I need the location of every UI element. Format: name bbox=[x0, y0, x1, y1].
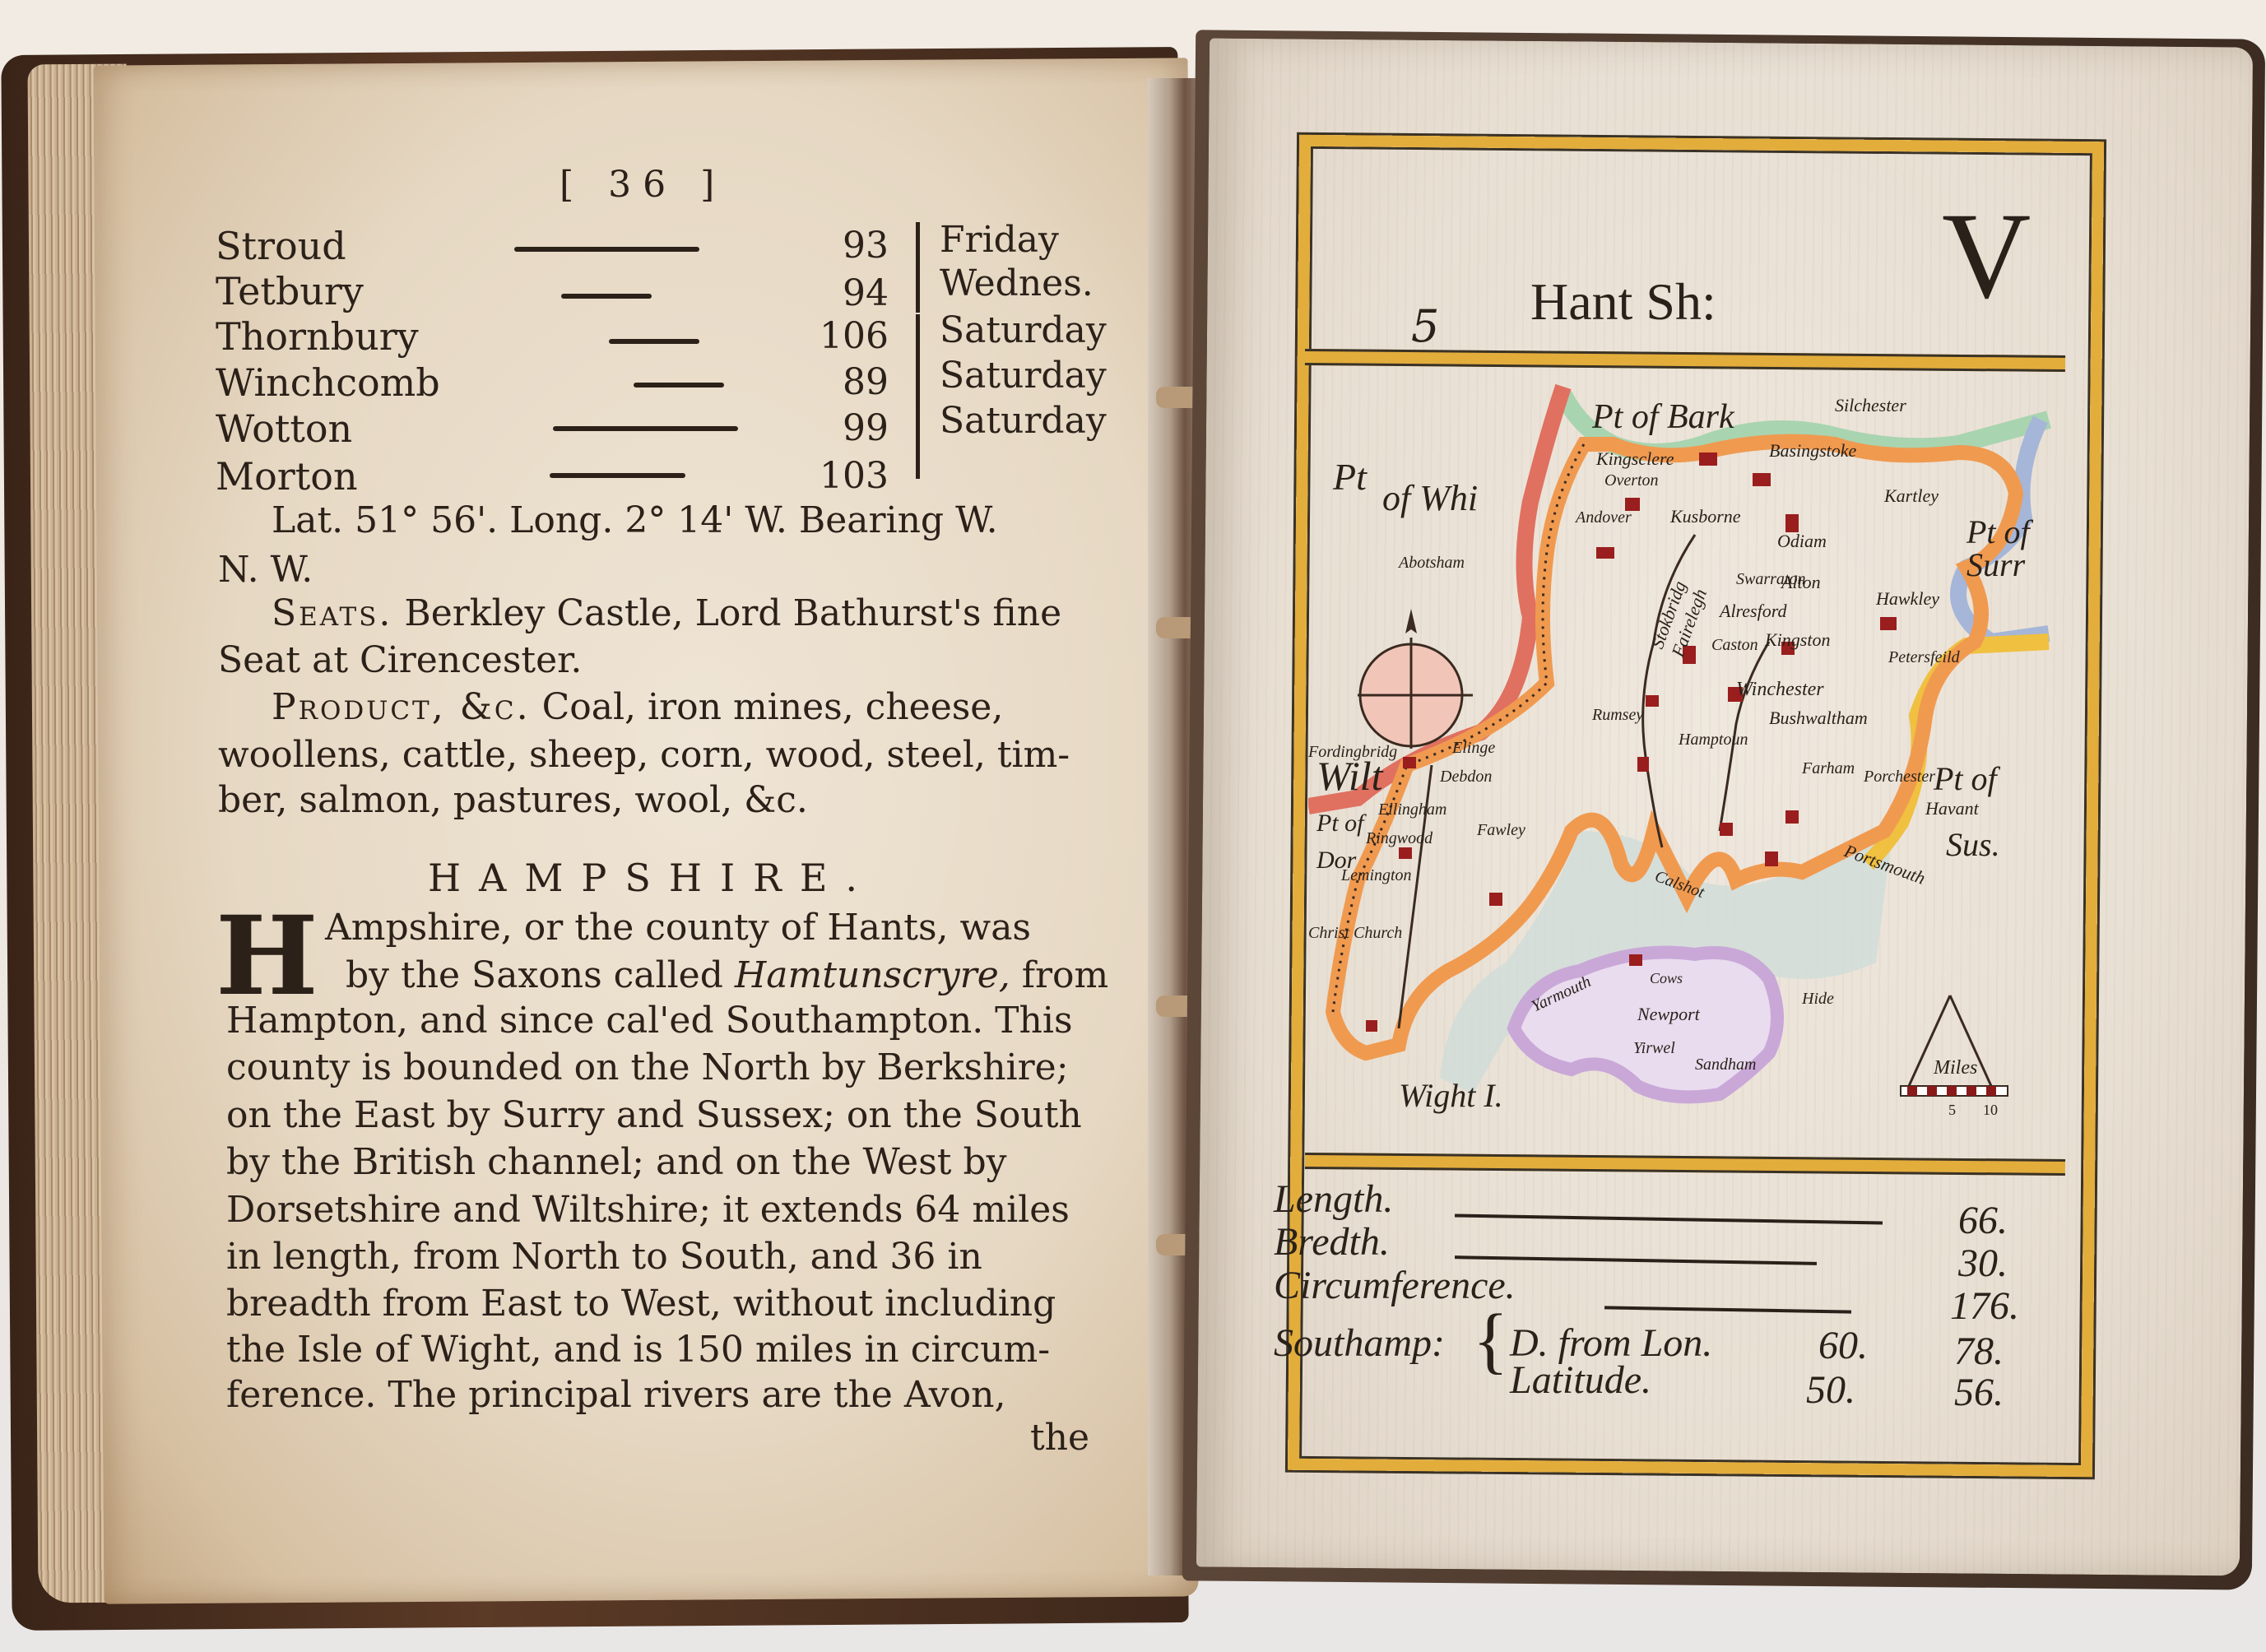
town-name: Thornbury bbox=[216, 314, 419, 359]
svg-text:Cows: Cows bbox=[1650, 970, 1683, 986]
brace: { bbox=[1473, 1300, 1508, 1382]
svg-text:Silchester: Silchester bbox=[1835, 395, 1906, 415]
stat-value-circumference: 176. bbox=[1950, 1283, 2019, 1329]
market-day: Saturday bbox=[940, 354, 1107, 398]
catchword: the bbox=[1030, 1415, 1089, 1460]
svg-text:Winchester: Winchester bbox=[1736, 679, 1824, 700]
leader-dash bbox=[561, 294, 652, 299]
svg-text:Fordingbridg: Fordingbridg bbox=[1308, 743, 1397, 761]
seats-text: Berkley Castle, Lord Bathurst's fine bbox=[404, 592, 1061, 634]
svg-text:Basingstoke: Basingstoke bbox=[1769, 440, 1857, 461]
svg-text:Odiam: Odiam bbox=[1777, 531, 1827, 551]
southampton-value-a: 60. bbox=[1818, 1323, 1868, 1368]
svg-text:Kingston: Kingston bbox=[1764, 629, 1830, 650]
svg-text:Abotsham: Abotsham bbox=[1397, 554, 1465, 572]
body-line: by the Saxons called Hamtunscryre, from bbox=[346, 953, 1108, 998]
market-day: Friday bbox=[940, 218, 1059, 262]
svg-text:Debdon: Debdon bbox=[1439, 768, 1492, 786]
town-name: Tetbury bbox=[216, 269, 364, 313]
svg-text:Sandham: Sandham bbox=[1695, 1056, 1756, 1074]
svg-text:Farham: Farham bbox=[1801, 759, 1855, 777]
page-number: [ 36 ] bbox=[560, 163, 726, 207]
town-distance: 103 bbox=[790, 454, 889, 499]
body-line: county is bounded on the North by Berksh… bbox=[226, 1045, 1069, 1090]
svg-text:Newport: Newport bbox=[1637, 1004, 1701, 1024]
town-name: Winchcomb bbox=[216, 360, 440, 405]
leader-dash bbox=[634, 383, 724, 387]
sheet-letter: V bbox=[1942, 185, 2031, 327]
svg-text:Rumsey: Rumsey bbox=[1591, 706, 1643, 724]
svg-text:Hawkley: Hawkley bbox=[1875, 588, 1939, 609]
product-text: Coal, iron mines, cheese, bbox=[542, 686, 1004, 728]
svg-text:Elinge: Elinge bbox=[1451, 739, 1495, 757]
column-rule bbox=[916, 314, 920, 479]
scale-label: Miles bbox=[1933, 1057, 1977, 1079]
section-title: HAMPSHIRE. bbox=[428, 856, 875, 900]
svg-text:Fawley: Fawley bbox=[1476, 821, 1525, 839]
compass-rose-icon bbox=[1358, 609, 1473, 749]
position-line: Lat. 51° 56'. Long. 2° 14' W. Bearing W. bbox=[272, 498, 998, 543]
town-name: Stroud bbox=[216, 224, 346, 268]
stat-value-bredth: 30. bbox=[1958, 1241, 2008, 1286]
svg-text:Kingsclere: Kingsclere bbox=[1595, 448, 1674, 469]
southampton-row-label: Latitude. bbox=[1510, 1357, 1651, 1403]
town-distance: 89 bbox=[790, 360, 889, 405]
svg-text:Petersfeild: Petersfeild bbox=[1888, 648, 1961, 666]
town-distance: 94 bbox=[790, 271, 889, 316]
body-line: by the British channel; and on the West … bbox=[226, 1139, 1007, 1185]
svg-text:Hamptoun: Hamptoun bbox=[1678, 731, 1748, 749]
body-text: by the Saxons called bbox=[346, 954, 723, 996]
miles-scale-bar: Miles 5 10 bbox=[1901, 995, 2008, 1118]
drop-cap: H bbox=[216, 907, 318, 1006]
svg-text:Yirwel: Yirwel bbox=[1633, 1039, 1675, 1057]
body-line: Hampton, and since cal'ed Southampton. T… bbox=[226, 998, 1073, 1043]
body-line: Dorsetshire and Wiltshire; it extends 64… bbox=[226, 1187, 1070, 1232]
saxon-name: Hamtunscryre, bbox=[735, 954, 1010, 996]
svg-text:Alresford: Alresford bbox=[1718, 601, 1787, 621]
seats-line: Seats. Berkley Castle, Lord Bathurst's f… bbox=[272, 591, 1061, 636]
town-name: Wotton bbox=[216, 406, 352, 451]
svg-text:Bushwaltham: Bushwaltham bbox=[1769, 708, 1868, 728]
product-line: woollens, cattle, sheep, corn, wood, ste… bbox=[218, 732, 1070, 777]
body-line: the Isle of Wight, and is 150 miles in c… bbox=[226, 1327, 1050, 1372]
hampshire-map: Pt of Bark Pt of Whi Wilt Pt of Dor Pt o… bbox=[1308, 370, 2057, 1160]
map-title: Hant Sh: bbox=[1530, 271, 1716, 332]
svg-text:Lemington: Lemington bbox=[1340, 866, 1412, 884]
market-day: Saturday bbox=[940, 309, 1107, 353]
scale-tick: 10 bbox=[1983, 1102, 1998, 1118]
sheet-number: 5 bbox=[1411, 300, 1439, 352]
svg-text:Ellingham: Ellingham bbox=[1377, 800, 1446, 819]
svg-text:Pt: Pt bbox=[1332, 456, 1367, 498]
southampton-value-a: 50. bbox=[1806, 1367, 1855, 1413]
product-line: ber, salmon, pastures, wool, &c. bbox=[218, 777, 808, 823]
svg-text:Pt of: Pt of bbox=[1966, 513, 2034, 550]
seats-label: Seats. bbox=[272, 592, 392, 634]
stat-label-length: Length. bbox=[1274, 1176, 1393, 1222]
seats-line: Seat at Cirencester. bbox=[218, 638, 582, 683]
town-name: Morton bbox=[216, 454, 358, 499]
leader-dash bbox=[514, 247, 699, 252]
town-distance: 99 bbox=[790, 406, 889, 451]
svg-text:Pt of Bark: Pt of Bark bbox=[1591, 398, 1735, 436]
product-line: Product, &c. Coal, iron mines, cheese, bbox=[272, 684, 1003, 730]
svg-text:Kartley: Kartley bbox=[1883, 485, 1939, 506]
market-day: Saturday bbox=[940, 399, 1107, 443]
scale-tick: 5 bbox=[1948, 1102, 1956, 1118]
position-line: N. W. bbox=[218, 547, 313, 592]
stat-value-length: 66. bbox=[1958, 1198, 2008, 1243]
svg-text:Hide: Hide bbox=[1801, 990, 1834, 1008]
svg-text:Ringwood: Ringwood bbox=[1365, 829, 1433, 847]
svg-text:of Whi: of Whi bbox=[1382, 478, 1478, 518]
svg-text:Surr: Surr bbox=[1966, 546, 2026, 583]
svg-text:Overton: Overton bbox=[1604, 471, 1659, 490]
market-day: Wednes. bbox=[940, 262, 1094, 306]
svg-text:Havant: Havant bbox=[1925, 798, 1980, 819]
svg-text:Caston: Caston bbox=[1711, 636, 1758, 654]
svg-text:Wight I.: Wight I. bbox=[1399, 1077, 1503, 1114]
leader-dash bbox=[553, 426, 738, 431]
body-line: Ampshire, or the county of Hants, was bbox=[325, 905, 1031, 950]
svg-text:Pt of: Pt of bbox=[1316, 810, 1367, 837]
town-distance: 93 bbox=[790, 224, 889, 268]
southampton-value-b: 78. bbox=[1954, 1329, 2004, 1374]
body-line: breadth from East to West, without inclu… bbox=[226, 1281, 1056, 1326]
leader-dash bbox=[609, 339, 699, 344]
southampton-value-b: 56. bbox=[1954, 1370, 2004, 1415]
svg-text:Sus.: Sus. bbox=[1946, 826, 2000, 863]
svg-text:Andover: Andover bbox=[1574, 508, 1632, 527]
stat-label-bredth: Bredth. bbox=[1274, 1219, 1390, 1265]
leader-dash bbox=[550, 473, 685, 478]
body-line: in length, from North to South, and 36 i… bbox=[226, 1234, 982, 1279]
svg-text:Kusborne: Kusborne bbox=[1669, 506, 1741, 527]
body-line: on the East by Surry and Sussex; on the … bbox=[226, 1093, 1082, 1138]
column-rule bbox=[916, 222, 920, 313]
body-text: from bbox=[1022, 954, 1109, 996]
body-line: ference. The principal rivers are the Av… bbox=[226, 1372, 1005, 1418]
product-label: Product, &c. bbox=[272, 686, 531, 728]
svg-text:Alton: Alton bbox=[1780, 572, 1821, 592]
isle-of-wight bbox=[1514, 953, 1777, 1097]
svg-text:Christ Church: Christ Church bbox=[1308, 924, 1402, 942]
svg-text:Pt of: Pt of bbox=[1933, 760, 2001, 797]
town-distance: 106 bbox=[790, 314, 889, 359]
svg-text:Porchester: Porchester bbox=[1863, 768, 1935, 786]
southampton-label: Southamp: bbox=[1274, 1320, 1445, 1366]
